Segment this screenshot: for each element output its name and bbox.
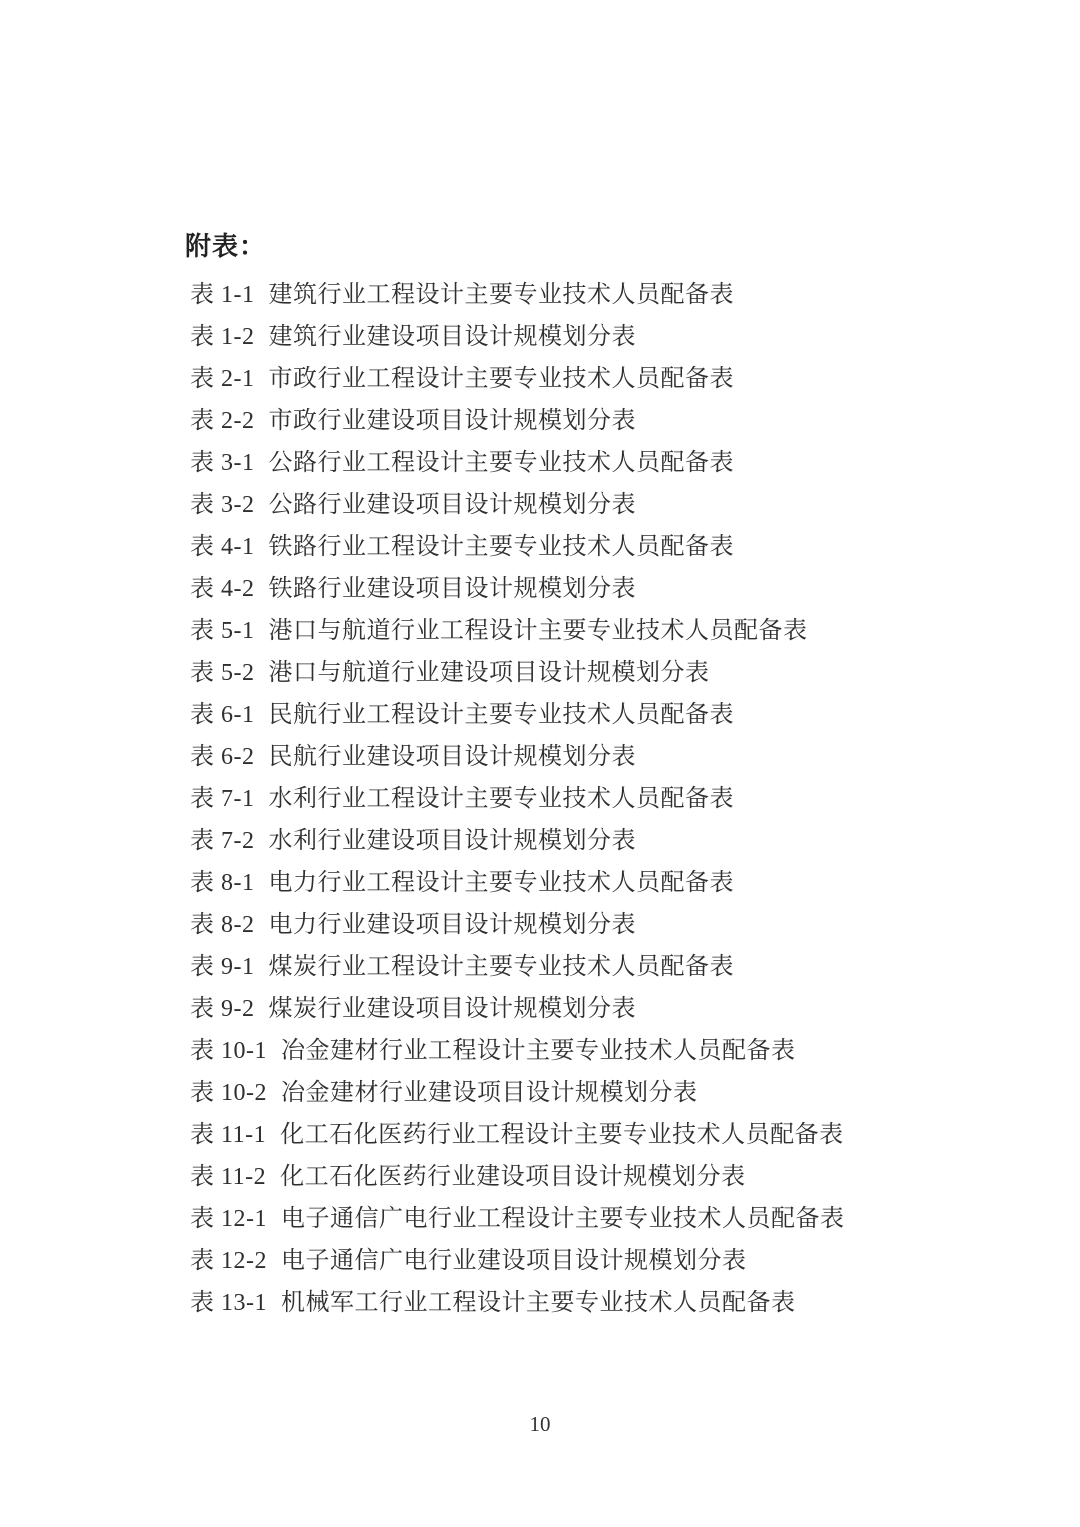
table-entry-no: 表 4-1 [190,532,255,562]
table-list-item: 表 1-2建筑行业建设项目设计规模划分表 [190,322,1000,352]
table-entry-no: 表 9-2 [190,994,255,1024]
table-entry-title: 机械军工行业工程设计主要专业技术人员配备表 [281,1290,796,1316]
table-entry-no: 表 5-1 [190,616,255,646]
table-entry-title: 铁路行业工程设计主要专业技术人员配备表 [269,534,735,560]
table-entry-no: 表 8-2 [190,910,255,940]
table-entry-no: 表 7-2 [190,826,255,856]
table-entry-no: 表 6-2 [190,742,255,772]
table-entry-no: 表 9-1 [190,952,255,982]
table-entry-no: 表 2-1 [190,364,255,394]
table-entry-title: 电子通信广电行业建设项目设计规模划分表 [281,1248,747,1274]
table-list-item: 表 3-2公路行业建设项目设计规模划分表 [190,490,1000,520]
table-entry-no: 表 5-2 [190,658,255,688]
table-entry-title: 建筑行业建设项目设计规模划分表 [269,324,637,350]
table-entry-title: 建筑行业工程设计主要专业技术人员配备表 [269,282,735,308]
table-entry-no: 表 4-2 [190,574,255,604]
table-entry-no: 表 11-2 [190,1162,266,1192]
table-entry-no: 表 12-1 [190,1204,267,1234]
table-list-item: 表 2-2市政行业建设项目设计规模划分表 [190,406,1000,436]
table-entry-no: 表 1-2 [190,322,255,352]
table-entry-no: 表 3-1 [190,448,255,478]
table-list-item: 表 8-2电力行业建设项目设计规模划分表 [190,910,1000,940]
table-list-item: 表 5-1港口与航道行业工程设计主要专业技术人员配备表 [190,616,1000,646]
table-entry-no: 表 2-2 [190,406,255,436]
table-list-item: 表 11-1化工石化医药行业工程设计主要专业技术人员配备表 [190,1120,1000,1150]
table-list-item: 表 6-1民航行业工程设计主要专业技术人员配备表 [190,700,1000,730]
table-entry-title: 公路行业工程设计主要专业技术人员配备表 [269,450,735,476]
table-list-item: 表 1-1建筑行业工程设计主要专业技术人员配备表 [190,280,1000,310]
table-entry-title: 民航行业建设项目设计规模划分表 [269,744,637,770]
table-entry-title: 市政行业建设项目设计规模划分表 [269,408,637,434]
table-entry-title: 民航行业工程设计主要专业技术人员配备表 [269,702,735,728]
document-page: 附表： 表 1-1建筑行业工程设计主要专业技术人员配备表 表 1-2建筑行业建设… [0,0,1080,1527]
table-entry-title: 水利行业工程设计主要专业技术人员配备表 [269,786,735,812]
table-list-item: 表 9-1煤炭行业工程设计主要专业技术人员配备表 [190,952,1000,982]
table-list-item: 表 13-1机械军工行业工程设计主要专业技术人员配备表 [190,1288,1000,1318]
table-list-item: 表 2-1市政行业工程设计主要专业技术人员配备表 [190,364,1000,394]
table-entry-no: 表 12-2 [190,1246,267,1276]
table-entry-title: 电力行业建设项目设计规模划分表 [269,912,637,938]
table-list-item: 表 9-2煤炭行业建设项目设计规模划分表 [190,994,1000,1024]
table-entry-title: 化工石化医药行业工程设计主要专业技术人员配备表 [280,1122,844,1148]
table-entry-title: 港口与航道行业建设项目设计规模划分表 [269,660,710,686]
page-number: 10 [0,1412,1080,1437]
table-entry-no: 表 10-2 [190,1078,267,1108]
table-entry-no: 表 13-1 [190,1288,267,1318]
table-list-item: 表 4-1铁路行业工程设计主要专业技术人员配备表 [190,532,1000,562]
table-list: 表 1-1建筑行业工程设计主要专业技术人员配备表 表 1-2建筑行业建设项目设计… [185,280,1000,1318]
table-list-item: 表 8-1电力行业工程设计主要专业技术人员配备表 [190,868,1000,898]
table-entry-title: 市政行业工程设计主要专业技术人员配备表 [269,366,735,392]
table-list-item: 表 10-1冶金建材行业工程设计主要专业技术人员配备表 [190,1036,1000,1066]
table-list-item: 表 5-2港口与航道行业建设项目设计规模划分表 [190,658,1000,688]
table-list-item: 表 6-2民航行业建设项目设计规模划分表 [190,742,1000,772]
table-list-item: 表 11-2化工石化医药行业建设项目设计规模划分表 [190,1162,1000,1192]
appendix-heading: 附表： [185,232,1000,262]
table-entry-no: 表 10-1 [190,1036,267,1066]
table-list-item: 表 7-1水利行业工程设计主要专业技术人员配备表 [190,784,1000,814]
table-entry-title: 冶金建材行业建设项目设计规模划分表 [281,1080,698,1106]
table-entry-title: 冶金建材行业工程设计主要专业技术人员配备表 [281,1038,796,1064]
table-list-item: 表 4-2铁路行业建设项目设计规模划分表 [190,574,1000,604]
table-entry-title: 港口与航道行业工程设计主要专业技术人员配备表 [269,618,808,644]
table-list-item: 表 12-2电子通信广电行业建设项目设计规模划分表 [190,1246,1000,1276]
table-entry-no: 表 8-1 [190,868,255,898]
table-entry-no: 表 7-1 [190,784,255,814]
document-content: 附表： 表 1-1建筑行业工程设计主要专业技术人员配备表 表 1-2建筑行业建设… [185,232,1000,1330]
table-entry-title: 公路行业建设项目设计规模划分表 [269,492,637,518]
table-list-item: 表 7-2水利行业建设项目设计规模划分表 [190,826,1000,856]
table-entry-title: 电子通信广电行业工程设计主要专业技术人员配备表 [281,1206,845,1232]
table-entry-title: 水利行业建设项目设计规模划分表 [269,828,637,854]
table-entry-title: 煤炭行业建设项目设计规模划分表 [269,996,637,1022]
table-entry-no: 表 3-2 [190,490,255,520]
table-entry-title: 电力行业工程设计主要专业技术人员配备表 [269,870,735,896]
table-entry-no: 表 6-1 [190,700,255,730]
table-list-item: 表 3-1公路行业工程设计主要专业技术人员配备表 [190,448,1000,478]
table-entry-no: 表 1-1 [190,280,255,310]
table-entry-title: 化工石化医药行业建设项目设计规模划分表 [280,1164,746,1190]
table-entry-no: 表 11-1 [190,1120,266,1150]
table-list-item: 表 10-2冶金建材行业建设项目设计规模划分表 [190,1078,1000,1108]
table-list-item: 表 12-1电子通信广电行业工程设计主要专业技术人员配备表 [190,1204,1000,1234]
table-entry-title: 煤炭行业工程设计主要专业技术人员配备表 [269,954,735,980]
table-entry-title: 铁路行业建设项目设计规模划分表 [269,576,637,602]
